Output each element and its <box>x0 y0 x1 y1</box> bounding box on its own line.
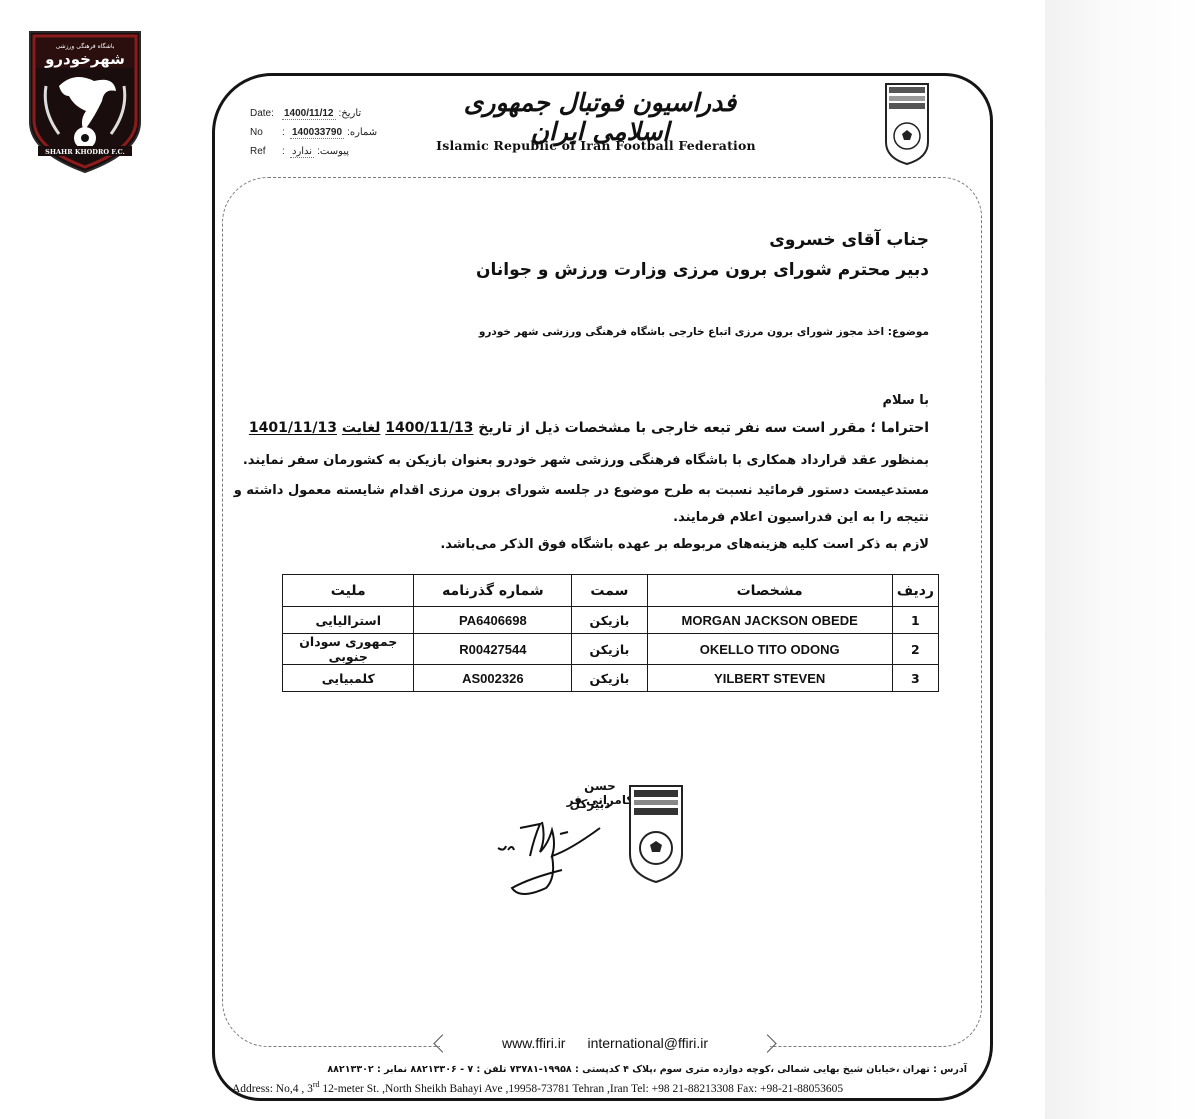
number-label-fa: شماره: <box>347 127 377 138</box>
players-table: ردیف مشخصات سمت شماره گذرنامه ملیت 1 MOR… <box>282 574 939 692</box>
header-role: سمت <box>572 575 647 607</box>
header-nationality: ملیت <box>283 575 414 607</box>
website-link[interactable]: www.ffiri.ir <box>502 1035 566 1057</box>
cell-name: OKELLO TITO ODONG <box>647 634 892 665</box>
paragraph-2: بمنظور عقد قرارداد همکاری با باشگاه فرهن… <box>249 453 929 468</box>
ffiri-emblem-icon <box>884 82 930 166</box>
until-word: لغایت <box>342 420 381 436</box>
ref-row: Ref : ندارد پیوست: <box>250 146 430 165</box>
cell-passport: R00427544 <box>414 634 572 665</box>
paragraph-4: نتیجه را به این فدراسیون اعلام فرمایند. <box>249 510 929 525</box>
table-row: 3 YILBERT STEVEN بازیکن AS002326 کلمبیای… <box>283 665 939 692</box>
header-details: مشخصات <box>647 575 892 607</box>
header-passport: شماره گذرنامه <box>414 575 572 607</box>
date-value: 1400/11/12 <box>282 108 336 120</box>
email-link[interactable]: international@ffiri.ir <box>587 1035 708 1057</box>
ref-value: ندارد <box>290 146 314 158</box>
number-label-en: No <box>250 127 282 138</box>
cell-role: بازیکن <box>572 634 647 665</box>
recipient-name: جناب آقای خسروی <box>769 230 929 250</box>
paragraph-3: مستدعیست دستور فرمائید نسبت به طرح موضوع… <box>249 483 929 498</box>
cell-name: MORGAN JACKSON OBEDE <box>647 607 892 634</box>
svg-text:باشگاه فرهنگی ورزشی: باشگاه فرهنگی ورزشی <box>56 42 115 50</box>
date-label-fa: تاریخ: <box>339 108 362 119</box>
cell-nationality: کلمبیایی <box>283 665 414 692</box>
address-fa: آدرس : تهران ،خیابان شیخ بهایی شمالی ،کو… <box>327 1064 967 1075</box>
number-value: 140033790 <box>290 127 344 139</box>
greeting: با سلام <box>883 393 929 408</box>
svg-text:SHAHR KHODRO F.C.: SHAHR KHODRO F.C. <box>45 148 125 156</box>
cell-row-number: 3 <box>892 665 938 692</box>
cell-row-number: 2 <box>892 634 938 665</box>
handwritten-signature-icon <box>490 808 620 898</box>
ref-label-en: Ref <box>250 146 282 157</box>
date-from: 1400/11/13 <box>385 420 473 436</box>
letter-meta: Date: 1400/11/12 تاریخ: No : 140033790 ش… <box>250 108 430 165</box>
paragraph-5: لازم به ذکر است کلیه هزینه‌های مربوطه بر… <box>249 537 929 552</box>
header-row-number: ردیف <box>892 575 938 607</box>
date-to: 1401/11/13 <box>249 420 337 436</box>
cell-row-number: 1 <box>892 607 938 634</box>
table-row: 2 OKELLO TITO ODONG بازیکن R00427544 جمه… <box>283 634 939 665</box>
letter-subject: موضوع: اخذ مجوز شورای برون مرزی اتباع خا… <box>479 326 929 338</box>
date-row: Date: 1400/11/12 تاریخ: <box>250 108 430 127</box>
ref-label-fa: پیوست: <box>317 146 349 157</box>
cell-passport: PA6406698 <box>414 607 572 634</box>
svg-text:شهرخودرو: شهرخودرو <box>44 50 125 68</box>
number-row: No : 140033790 شماره: <box>250 127 430 146</box>
cell-nationality: استرالیایی <box>283 607 414 634</box>
federation-title-en: Islamic Republic of Iran Football Federa… <box>420 138 772 153</box>
ffiri-stamp-icon <box>628 784 684 884</box>
cell-name: YILBERT STEVEN <box>647 665 892 692</box>
cell-nationality: جمهوری سودان جنوبی <box>283 634 414 665</box>
background-shade <box>1045 0 1200 1119</box>
table-header-row: ردیف مشخصات سمت شماره گذرنامه ملیت <box>283 575 939 607</box>
table-row: 1 MORGAN JACKSON OBEDE بازیکن PA6406698 … <box>283 607 939 634</box>
address-en: Address: No,4 , 3rd 12-meter St. ,North … <box>232 1080 843 1095</box>
paragraph-1-text: احتراما ؛ مقرر است سه نفر تبعه خارجی با … <box>478 420 929 436</box>
shahr-khodro-logo-icon: باشگاه فرهنگی ورزشی شهرخودرو SHAHR KHODR… <box>24 26 146 174</box>
cell-role: بازیکن <box>572 607 647 634</box>
recipient-title: دبیر محترم شورای برون مرزی وزارت ورزش و … <box>476 260 929 280</box>
cell-role: بازیکن <box>572 665 647 692</box>
footer-contact: www.ffiri.ir international@ffiri.ir <box>440 1035 770 1057</box>
paragraph-1: احتراما ؛ مقرر است سه نفر تبعه خارجی با … <box>249 420 929 436</box>
cell-passport: AS002326 <box>414 665 572 692</box>
date-label-en: Date: <box>250 108 282 119</box>
